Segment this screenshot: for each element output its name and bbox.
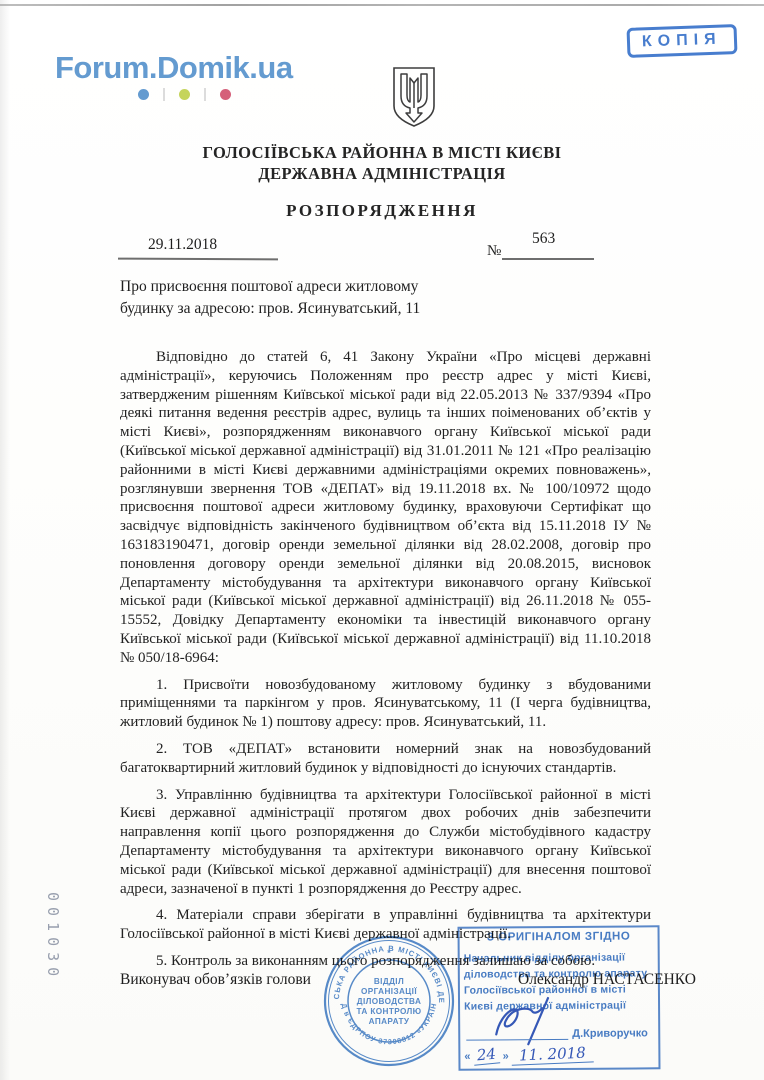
logo-dot-red-icon bbox=[220, 89, 231, 100]
round-office-seal-stamp: ГОЛОСІЇВСЬКА РАЙОННА В МІСТІ КИЄВІ ДЕРЖА… bbox=[322, 934, 456, 1068]
watermark-logo: Forum.Domik.ua bbox=[55, 50, 293, 86]
logo-dot-green-icon bbox=[179, 89, 190, 100]
round-stamp-center-line5: АПАРАТУ bbox=[369, 1017, 410, 1026]
org-header-line1: ГОЛОСІЇВСЬКА РАЙОННА В МІСТІ КИЄВІ bbox=[0, 142, 764, 163]
verify-stamp-date-row: « 24 » 11. 2018 bbox=[464, 1044, 654, 1064]
logo-dot-separator bbox=[204, 88, 206, 101]
copy-stamp: КОПІЯ bbox=[627, 24, 738, 58]
svg-text:*: * bbox=[387, 948, 391, 958]
document-subject: Про присвоєння поштової адреси житловому… bbox=[120, 276, 420, 320]
number-sign: № bbox=[487, 243, 501, 260]
round-stamp-center-line3: ДІЛОВОДСТВА bbox=[357, 997, 422, 1006]
subject-line1: Про присвоєння поштової адреси житловому bbox=[120, 276, 420, 298]
scanned-document-page: Forum.Domik.ua КОПІЯ ГОЛОСІЇВСЬКА РАЙОНН… bbox=[0, 0, 764, 1080]
org-header: ГОЛОСІЇВСЬКА РАЙОННА В МІСТІ КИЄВІ ДЕРЖА… bbox=[0, 142, 764, 184]
document-type-title: РОЗПОРЯДЖЕННЯ bbox=[0, 201, 764, 221]
logo-dot-separator bbox=[163, 88, 165, 101]
body-item-1: 1. Присвоїти новозбудованому житловому б… bbox=[120, 676, 651, 732]
subject-line2: будинку за адресою: пров. Ясинуватський,… bbox=[120, 298, 420, 320]
round-stamp-center-line1: ВІДДІЛ bbox=[374, 977, 404, 986]
round-stamp-center-line2: ОРГАНІЗАЦІЇ bbox=[361, 986, 417, 996]
document-body: Відповідно до статей 6, 41 Закону Україн… bbox=[120, 348, 651, 971]
verify-stamp-line3: Голосіївської районної в місті bbox=[464, 983, 656, 996]
document-date: 29.11.2018 bbox=[148, 236, 217, 254]
ukraine-trident-emblem-icon bbox=[391, 66, 437, 128]
body-intro-paragraph: Відповідно до статей 6, 41 Закону Україн… bbox=[120, 348, 651, 668]
body-item-3: 3. Управлінню будівництва та архітектури… bbox=[120, 786, 651, 899]
handwritten-month-year: 11. 2018 bbox=[511, 1043, 594, 1065]
signer-position: Виконувач обов’язків голови bbox=[120, 971, 311, 989]
body-item-2: 2. ТОВ «ДЕПАТ» встановити номерний знак … bbox=[120, 740, 651, 778]
verify-stamp-signer: Д.Криворучко bbox=[572, 1027, 648, 1040]
date-underline bbox=[118, 258, 278, 261]
round-stamp-center-line4: ТА КОНТРОЛЮ bbox=[356, 1007, 421, 1016]
document-number: 563 bbox=[532, 230, 555, 248]
verify-stamp-line1: Начальник відділу організації bbox=[464, 951, 656, 964]
org-header-line2: ДЕРЖАВНА АДМІНІСТРАЦІЯ bbox=[0, 163, 764, 184]
verify-stamp-line2: діловодства та контролю апарату bbox=[464, 967, 656, 980]
number-underline bbox=[502, 258, 594, 260]
handwritten-day: 24 bbox=[473, 1044, 501, 1065]
quote-close: » bbox=[503, 1050, 509, 1062]
watermark-logo-dots bbox=[138, 88, 231, 101]
quote-open: « bbox=[464, 1051, 470, 1063]
registration-side-number: 001030 bbox=[44, 892, 62, 982]
certified-copy-stamp: З ОРИГІНАЛОМ ЗГІДНО Начальник відділу ор… bbox=[457, 925, 660, 1070]
logo-dot-blue-icon bbox=[138, 89, 149, 100]
scan-artifact-top-line bbox=[0, 4, 764, 6]
verify-stamp-title: З ОРИГІНАЛОМ ЗГІДНО bbox=[460, 930, 658, 943]
